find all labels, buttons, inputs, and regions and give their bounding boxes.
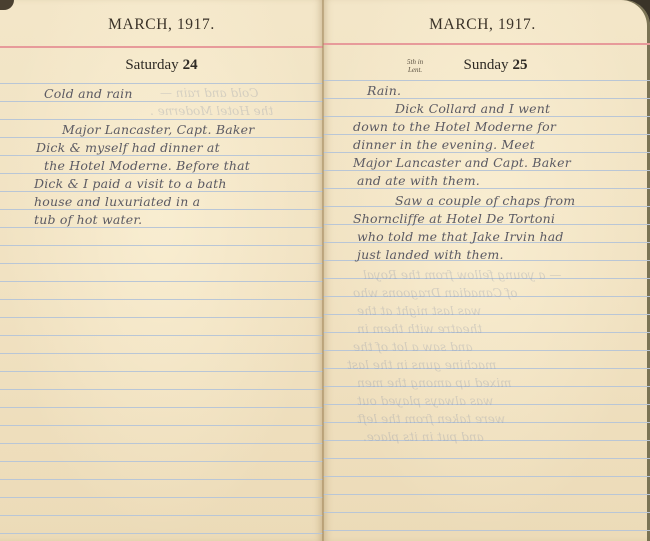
entry-line: Dick & myself had dinner at [0, 140, 323, 155]
ruled-line [323, 476, 650, 477]
entry-line: tub of hot water. [0, 212, 323, 227]
ruled-line [323, 134, 650, 135]
ruled-line [0, 335, 323, 336]
day-number: 24 [183, 57, 198, 73]
bleed-through-text: and saw a lot of the [353, 340, 473, 354]
month-header: MARCH, 1917. [0, 16, 323, 34]
month-header: MARCH, 1917. [323, 16, 646, 34]
bleed-through-text: was always played out [357, 394, 493, 408]
weekday-label: Sunday [464, 57, 509, 73]
binding-corner [0, 0, 14, 10]
entry-line: house and luxuriated in a [0, 194, 323, 209]
ruled-line [0, 299, 323, 300]
ruled-line [323, 170, 650, 171]
ruled-line [0, 461, 323, 462]
ruled-line [0, 245, 323, 246]
day-number: 25 [513, 57, 528, 73]
ruled-line [0, 317, 323, 318]
ruled-line [0, 425, 323, 426]
ruled-line [323, 116, 650, 117]
ruled-line [0, 479, 323, 480]
entry-line: and ate with them. [323, 173, 650, 188]
ruled-line [0, 137, 323, 138]
left-page: MARCH, 1917. Saturday24 Cold and rain — [0, 0, 323, 541]
ruled-line [0, 281, 323, 282]
ruled-line [0, 407, 323, 408]
date-heading: Saturday24 [0, 57, 323, 74]
entry-line: who told me that Jake Irvin had [323, 229, 650, 244]
entry-line: Cold and rain [0, 86, 323, 101]
ruled-line [0, 389, 323, 390]
entry-line: Dick & I paid a visit to a bath [0, 176, 323, 191]
bleed-through-text: mixed up among the men [357, 376, 511, 390]
weekday-label: Saturday [125, 57, 178, 73]
ruled-line [0, 371, 323, 372]
entry-line: down to the Hotel Moderne for [323, 119, 650, 134]
ruled-line [323, 188, 650, 189]
ruled-line [0, 263, 323, 264]
entry-line: Rain. [323, 83, 650, 98]
ruled-line [323, 98, 650, 99]
bleed-through-text: machine guns in the last [347, 358, 496, 372]
ruled-line [0, 209, 323, 210]
entry-line: Major Lancaster and Capt. Baker [323, 155, 650, 170]
bleed-through-text: the Hotel Moderne . [150, 104, 273, 118]
ruled-line [0, 155, 323, 156]
entry-line: just landed with them. [323, 247, 650, 262]
ruled-line [0, 101, 323, 102]
ruled-line [0, 227, 323, 228]
ruled-line [0, 173, 323, 174]
ruled-line [0, 497, 323, 498]
bleed-through-text: of Canadian Dragoons who [353, 286, 517, 300]
entry-line: dinner in the evening. Meet [323, 137, 650, 152]
ruled-line [323, 494, 650, 495]
bleed-through-text: theatre with them in [357, 322, 482, 336]
header-red-rule [0, 46, 323, 48]
bleed-through-text: was last night at the [357, 304, 481, 318]
ruled-line [323, 530, 650, 531]
entry-line: Shorncliffe at Hotel De Tortoni [323, 211, 650, 226]
date-heading: Sunday25 [323, 57, 650, 74]
ruled-line [0, 443, 323, 444]
ruled-line [0, 533, 323, 534]
ruled-line [0, 191, 323, 192]
ruled-line [0, 119, 323, 120]
diary-spread: MARCH, 1917. Saturday24 Cold and rain — [0, 0, 650, 541]
right-page: MARCH, 1917. 5th in Lent. Sunday25 [323, 0, 650, 541]
bleed-through-text: and put in its place. [363, 430, 484, 444]
ruled-line [0, 353, 323, 354]
ruled-line [323, 80, 650, 81]
header-red-rule [323, 43, 650, 45]
ruled-line [0, 83, 323, 84]
bleed-through-text: were taken from the left [357, 412, 505, 426]
book-gutter [322, 0, 324, 541]
entry-line: the Hotel Moderne. Before that [0, 158, 323, 173]
ruled-line [0, 515, 323, 516]
bleed-through-text: — a young fellow from the Royal [363, 268, 561, 282]
ruled-line [323, 152, 650, 153]
entry-line: Dick Collard and I went [323, 101, 650, 116]
ruled-line [323, 458, 650, 459]
entry-line: Major Lancaster, Capt. Baker [0, 122, 323, 137]
entry-line: Saw a couple of chaps from [323, 193, 650, 208]
ruled-line [323, 512, 650, 513]
